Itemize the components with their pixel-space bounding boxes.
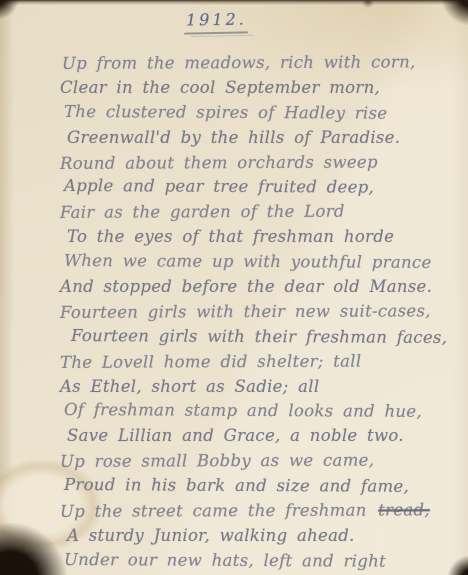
handwritten-poem: Up from the meadows, rich with corn, Cle…	[60, 51, 462, 574]
poem-line: A sturdy Junior, walking ahead.	[67, 524, 462, 549]
poem-line: As Ethel, short as Sadie; all	[60, 375, 462, 400]
poem-line: Proud in his bark and size and fame,	[64, 473, 466, 500]
poem-line-with-strikethrough: Up the street came the freshman tread,	[60, 498, 462, 525]
poem-line: Fair as the garden of the Lord	[60, 199, 462, 226]
poem-line: Round about them orchards sweep	[60, 150, 462, 177]
poem-line: The clustered spires of Hadley rise	[64, 100, 466, 127]
poem-line: Save Lillian and Grace, a noble two.	[67, 424, 462, 449]
poem-line: Up from the meadows, rich with corn,	[62, 50, 462, 77]
poem-line: Apple and pear tree fruited deep,	[64, 174, 466, 201]
poem-line: The Lovell home did shelter; tall	[60, 349, 462, 376]
page-title-year: 1912.	[186, 9, 248, 29]
poem-line: Fourteen girls with their freshman faces…	[71, 324, 466, 351]
poem-line-text: Up the street came the freshman	[60, 501, 367, 521]
poem-line: Fourteen girls with their new suit-cases…	[60, 299, 462, 326]
scanned-album-page: 1912. Up from the meadows, rich with cor…	[0, 0, 468, 575]
poem-line: Clear in the cool September morn,	[60, 76, 462, 101]
poem-line: Under our new hats, left and right	[64, 548, 466, 575]
poem-line: Of freshman stamp and looks and hue,	[64, 398, 466, 425]
poem-line: Up rose small Bobby as we came,	[60, 448, 462, 475]
poem-line: To the eyes of that freshman horde	[67, 225, 462, 250]
title-block: 1912.	[186, 10, 248, 34]
title-underline	[184, 31, 248, 34]
poem-line: When we came up with youthful prance	[64, 249, 466, 276]
poem-line: Greenwall'd by the hills of Paradise.	[67, 126, 462, 151]
struck-out-word: tread,	[378, 500, 430, 519]
poem-line: And stopped before the dear old Manse.	[60, 275, 462, 300]
